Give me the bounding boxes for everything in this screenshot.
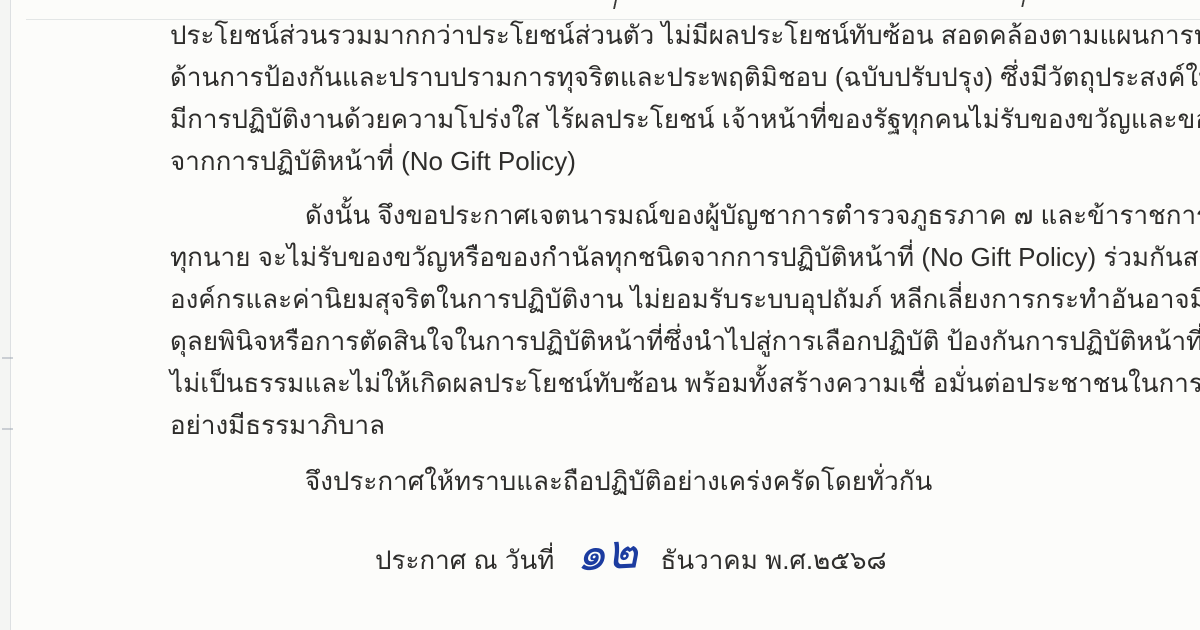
date-suffix: ธันวาคม พ.ศ.๒๕๖๘	[660, 540, 886, 581]
date-line: ประกาศ ณ วันที่ ๑๒ ธันวาคม พ.ศ.๒๕๖๘	[375, 528, 887, 592]
date-prefix: ประกาศ ณ วันที่	[375, 540, 554, 581]
clipped-line-fragment	[613, 0, 621, 9]
body-line: จากการปฏิบัติหน้าที่ (No Gift Policy)	[170, 140, 1130, 182]
handwritten-day-number: ๑๒	[575, 528, 640, 579]
body-line: ประโยชน์ส่วนรวมมากกว่าประโยชน์ส่วนตัว ไม…	[170, 14, 1130, 56]
body-line: ไม่เป็นธรรมและไม่ให้เกิดผลประโยชน์ทับซ้อ…	[170, 362, 1130, 404]
announcement-body: ประโยชน์ส่วนรวมมากกว่าประโยชน์ส่วนตัว ไม…	[170, 14, 1130, 502]
scan-artifact-dash	[2, 428, 13, 430]
scanned-document-page: ประโยชน์ส่วนรวมมากกว่าประโยชน์ส่วนตัว ไม…	[0, 0, 1200, 630]
scan-margin-strip	[0, 0, 10, 630]
body-line: องค์กรและค่านิยมสุจริตในการปฏิบัติงาน ไม…	[170, 278, 1130, 320]
body-line: ด้านการป้องกันและปราบปรามการทุจริตและประ…	[170, 56, 1130, 98]
clipped-line-fragment	[1021, 0, 1028, 7]
body-line: อย่างมีธรรมาภิบาล	[170, 404, 1130, 446]
body-line: ดุลยพินิจหรือการตัดสินใจในการปฏิบัติหน้า…	[170, 320, 1130, 362]
closing-line: จึงประกาศให้ทราบและถือปฏิบัติอย่างเคร่งค…	[170, 460, 1130, 502]
scan-edge-artifact	[10, 0, 11, 630]
body-line-paragraph-start: ดังนั้น จึงขอประกาศเจตนารมณ์ของผู้บัญชาก…	[170, 194, 1130, 236]
body-line: มีการปฏิบัติงานด้วยความโปร่งใส ไร้ผลประโ…	[170, 98, 1130, 140]
scan-artifact-dash	[2, 357, 13, 359]
body-line: ทุกนาย จะไม่รับของขวัญหรือของกำนัลทุกชนิ…	[170, 236, 1130, 278]
